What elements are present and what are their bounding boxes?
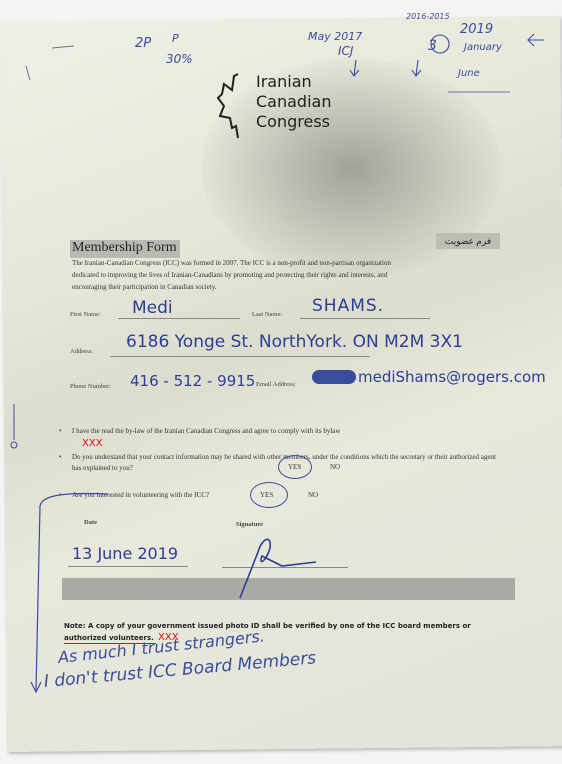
note-main: Note: A copy of your government issued p…	[64, 622, 471, 630]
signature-stroke	[240, 539, 316, 598]
